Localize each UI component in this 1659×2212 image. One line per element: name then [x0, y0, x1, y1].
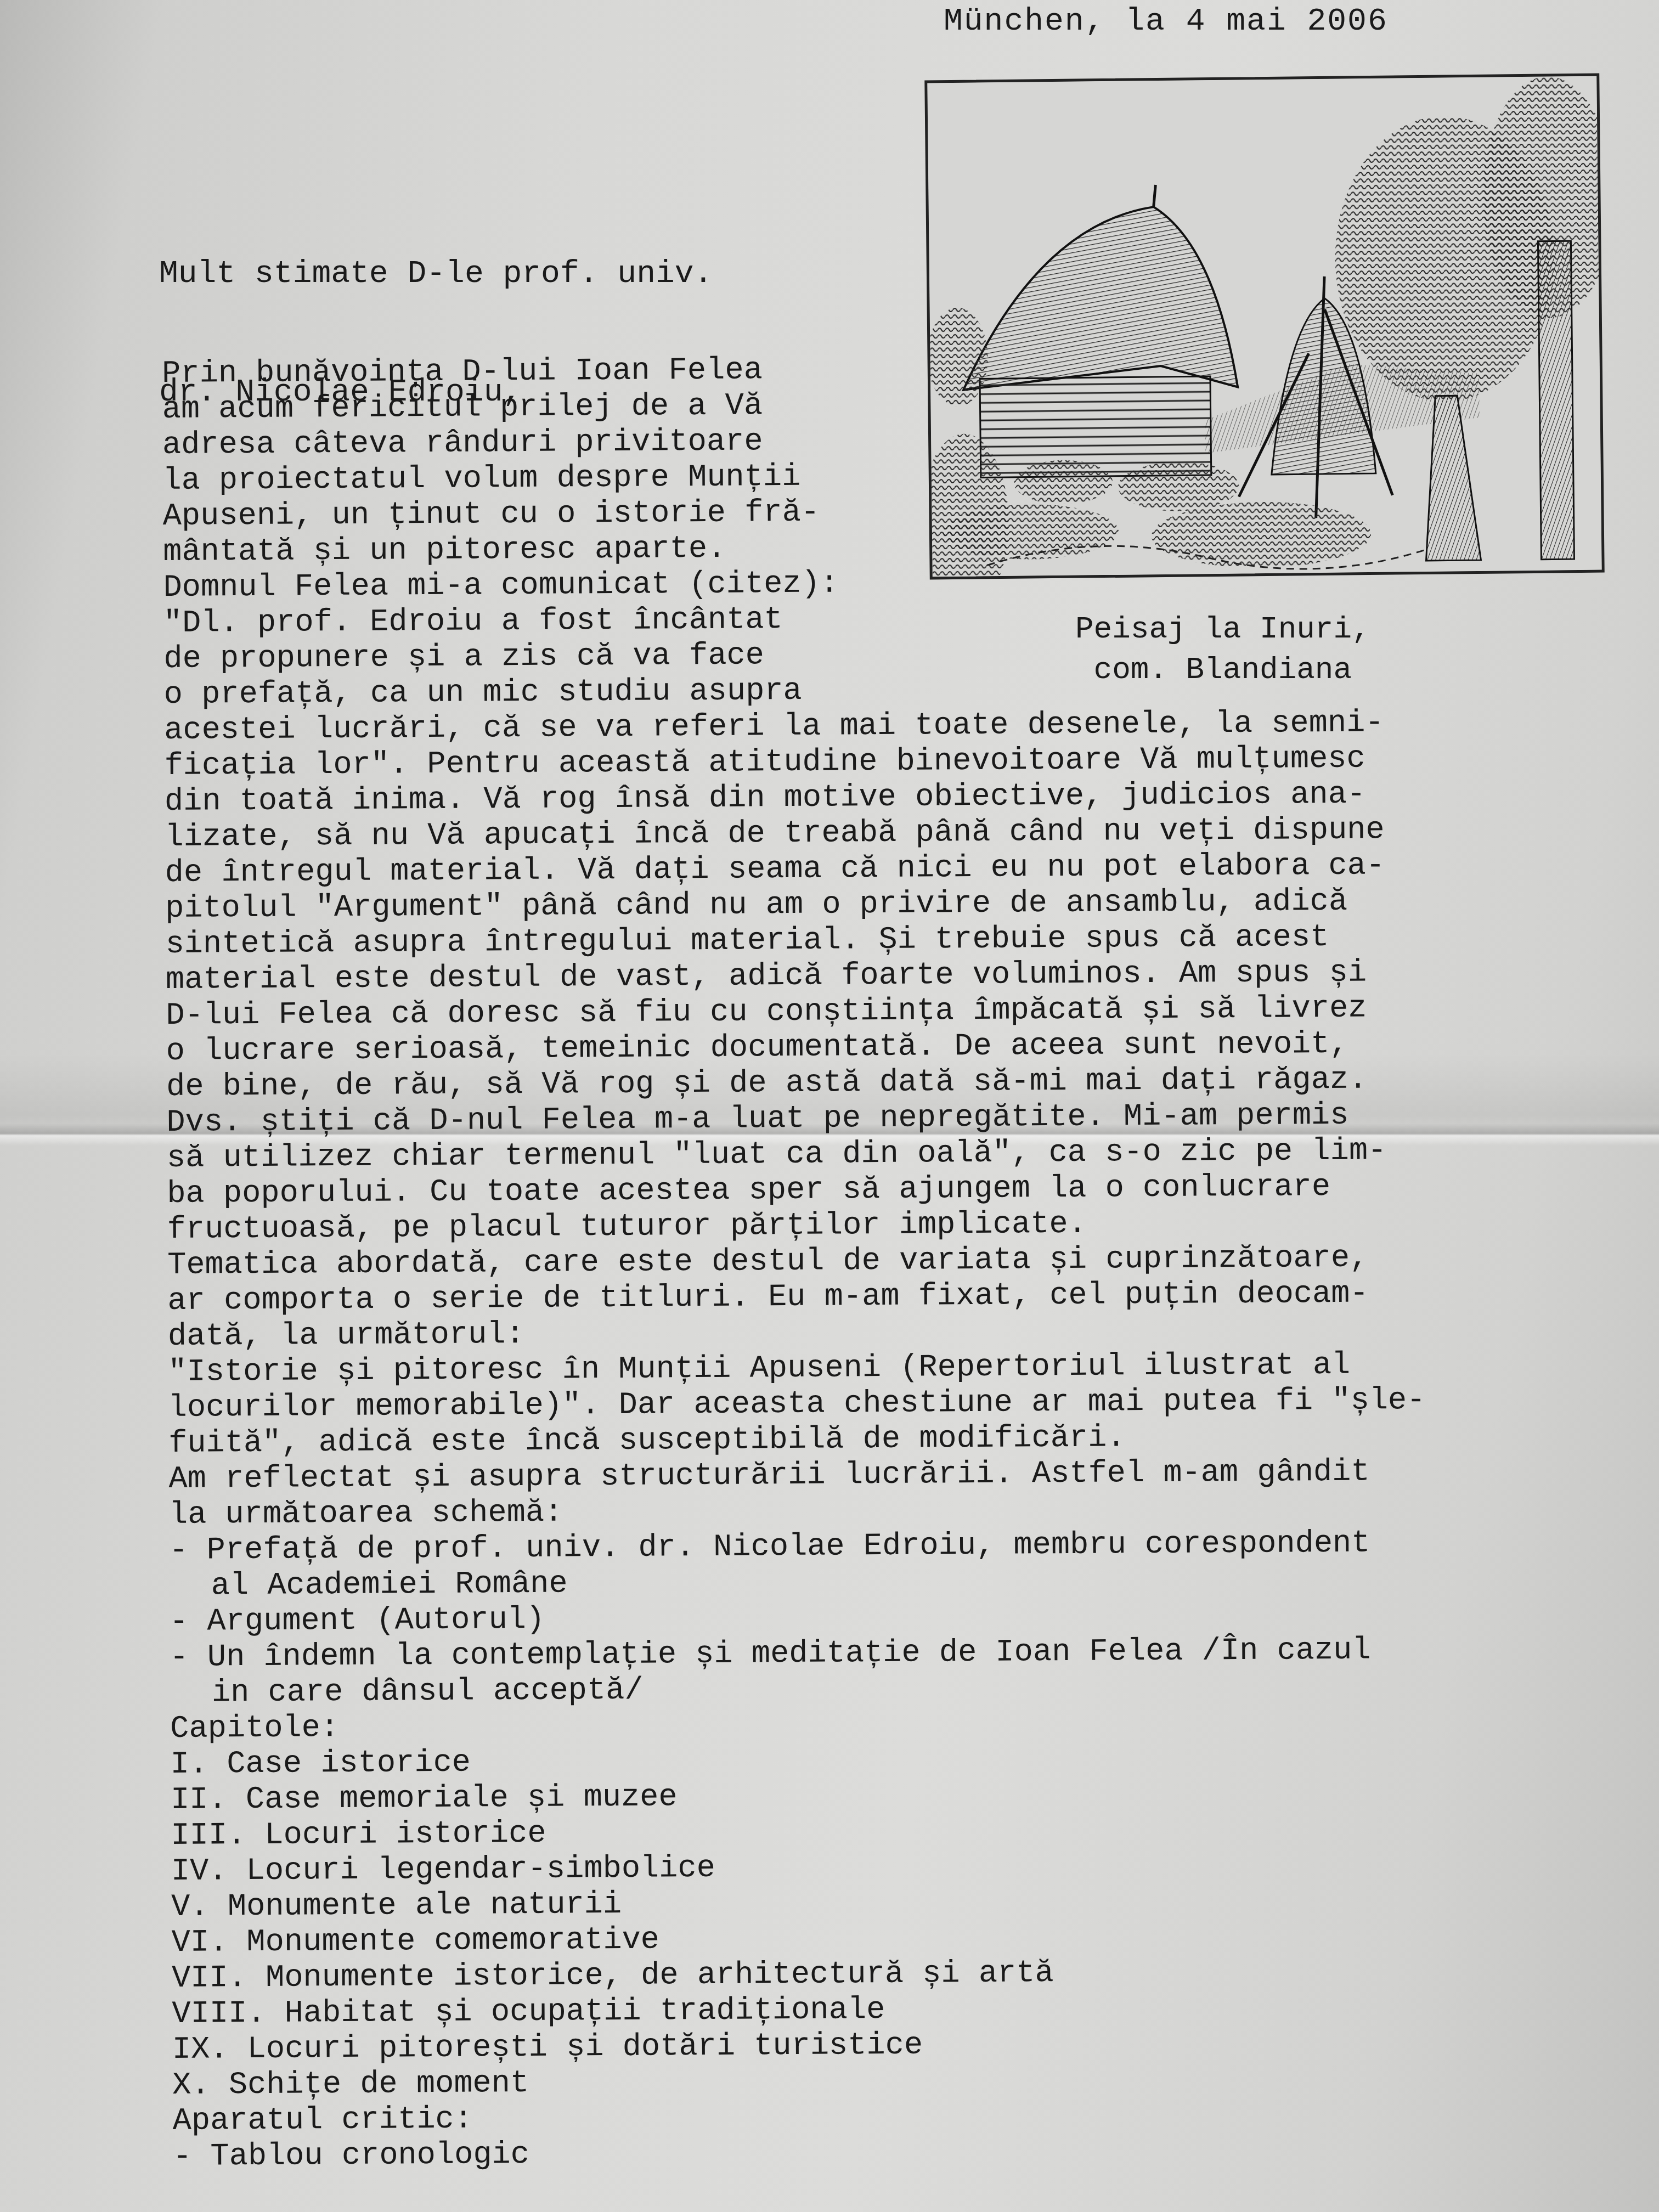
letter-page: München, la 4 mai 2006 Mult stimate D-le… [0, 0, 1659, 2212]
letter-body: Prin bunăvoința D-lui Ioan Feleaam acum … [162, 349, 1430, 2175]
letter-line: - Tablou cronologic [173, 2132, 1430, 2175]
dateline: München, la 4 mai 2006 [944, 0, 1388, 44]
salutation-line: Mult stimate D-le prof. univ. [159, 255, 713, 294]
